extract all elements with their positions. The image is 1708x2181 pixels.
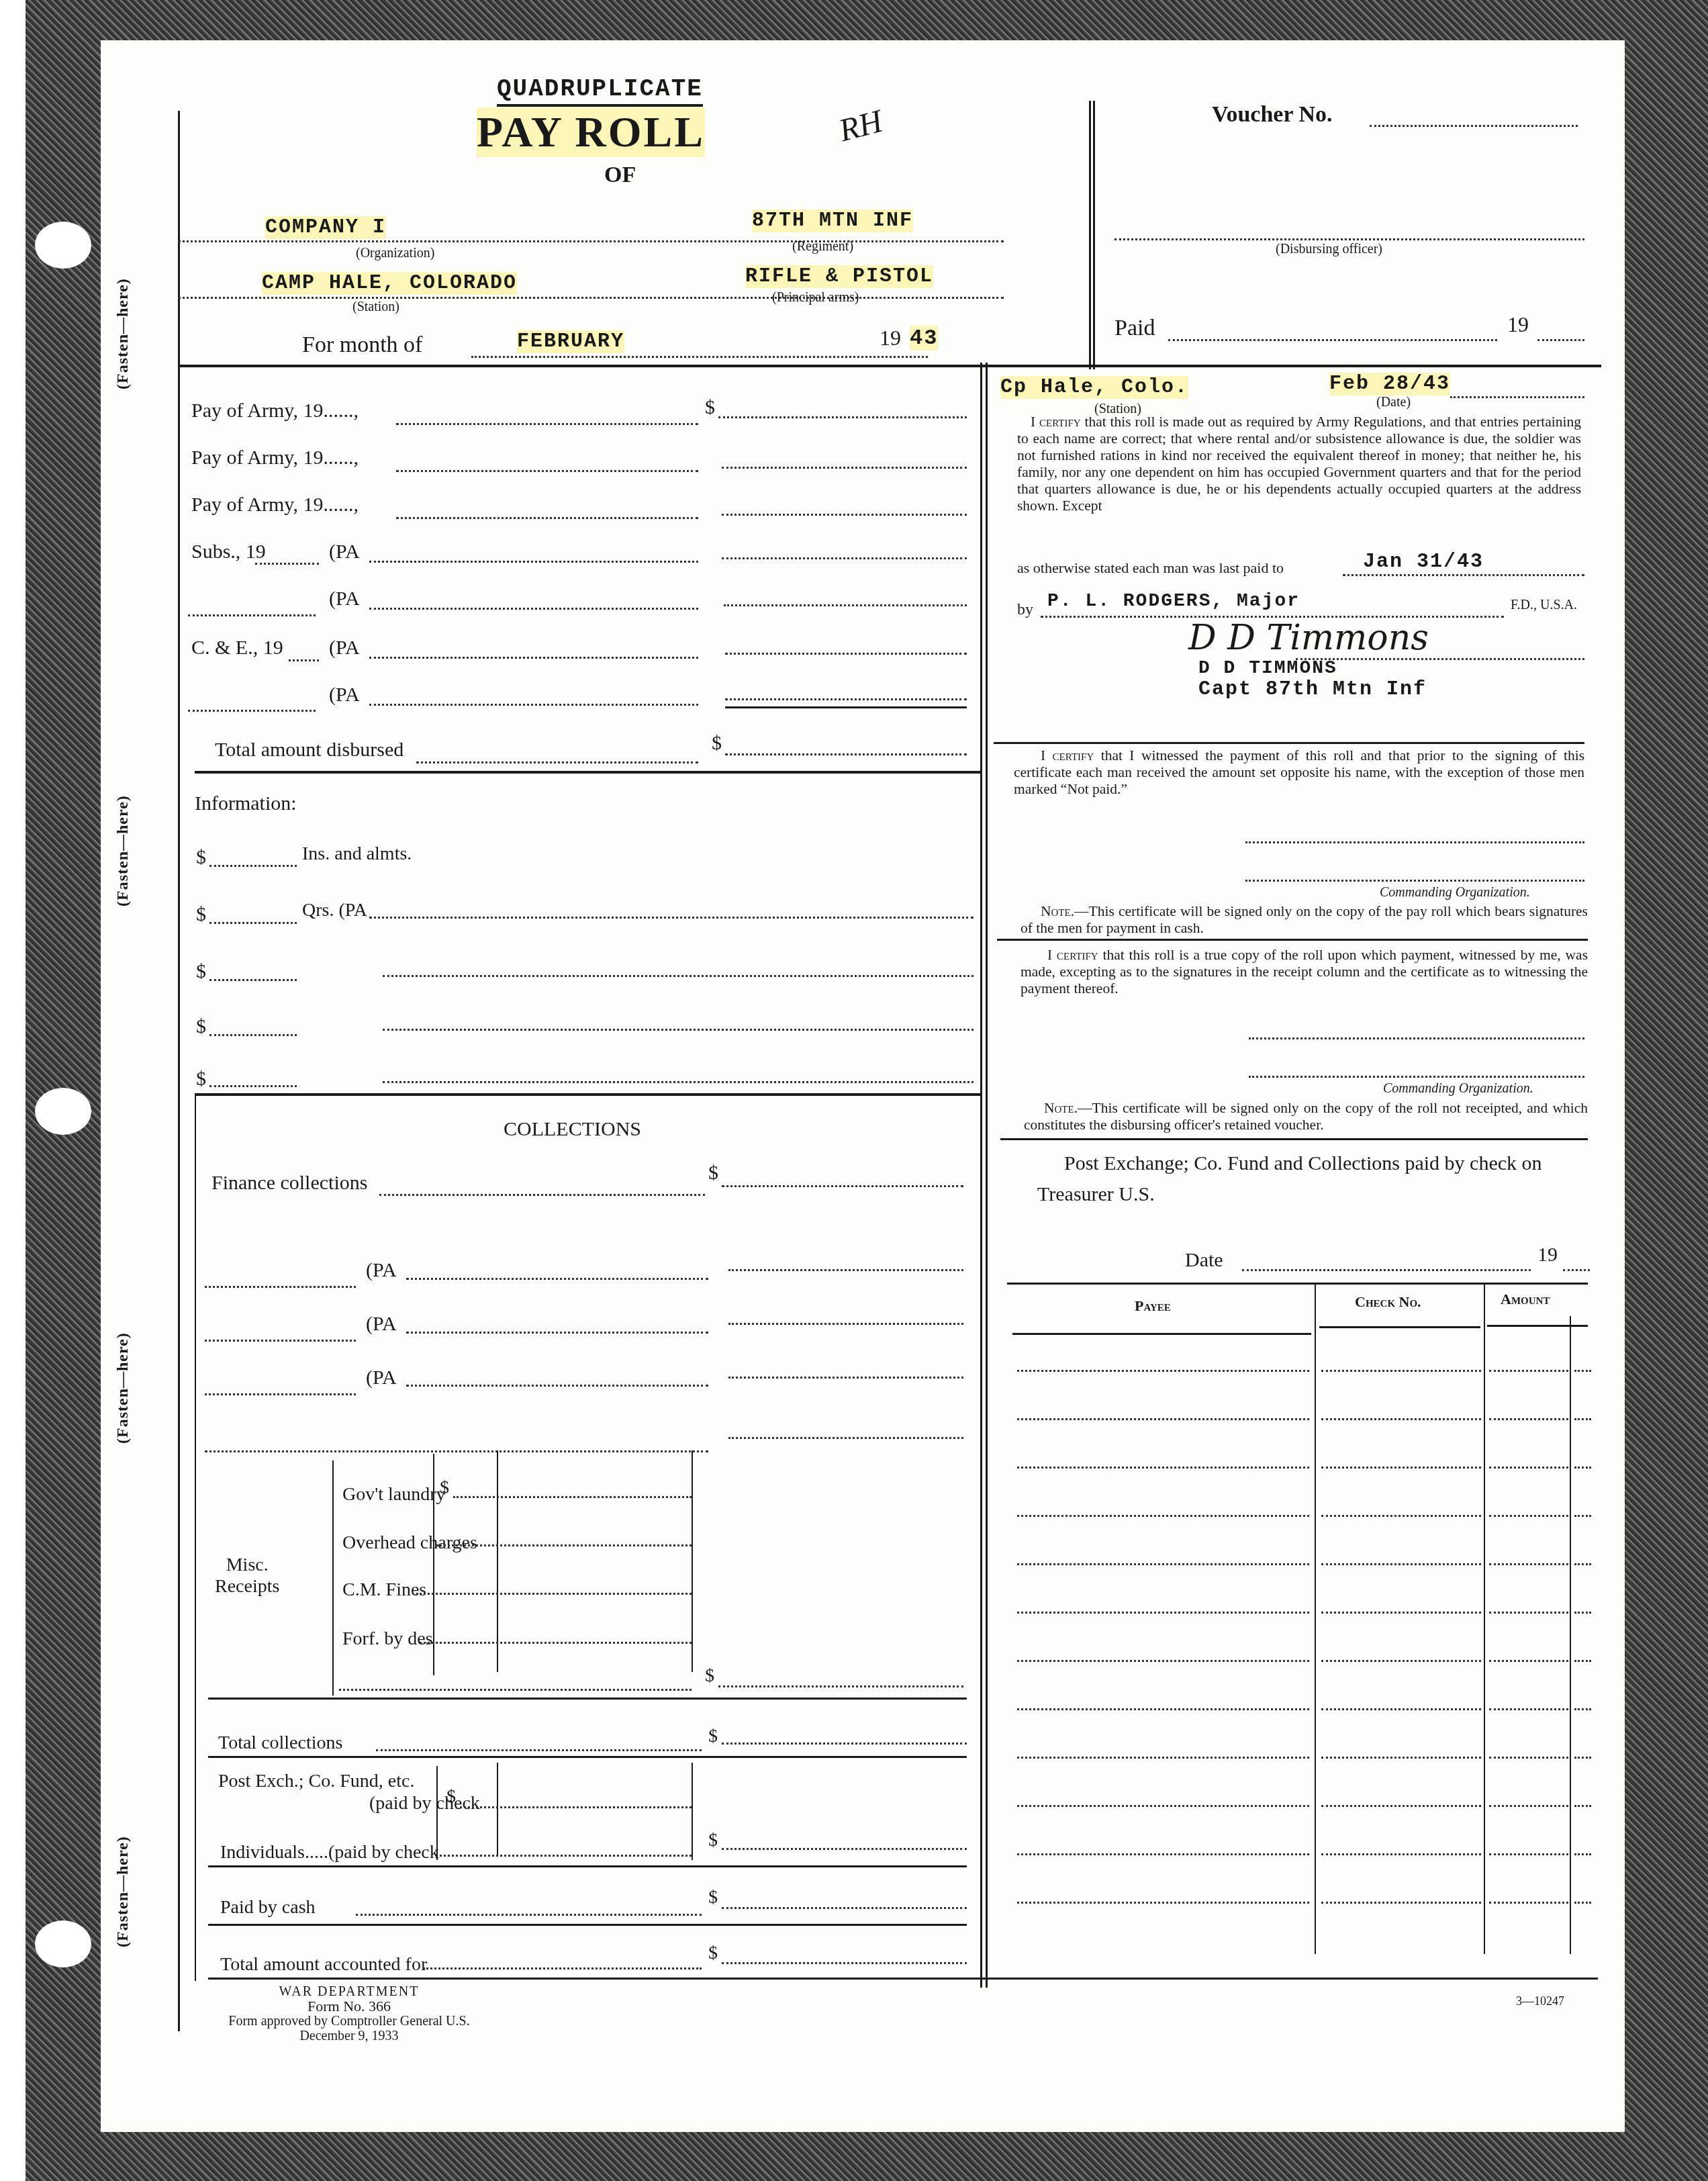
header-underline xyxy=(1012,1333,1311,1335)
amount-dollars-field[interactable] xyxy=(1489,1902,1568,1904)
note-word: Note. xyxy=(1041,903,1074,919)
dollar-sign: $ xyxy=(708,1887,718,1908)
copy-label: QUADRUPLICATE xyxy=(497,75,703,107)
paid-by-cash-field[interactable] xyxy=(722,1907,967,1909)
payee-field[interactable] xyxy=(1017,1805,1309,1807)
dollar-sign: $ xyxy=(196,846,206,869)
regiment-caption: (Regiment) xyxy=(792,239,853,254)
form-footer: WAR DEPARTMENT Form No. 366 Form approve… xyxy=(208,1984,490,2043)
amount-cents-field[interactable] xyxy=(1574,1853,1591,1855)
dollar-sign: $ xyxy=(196,1015,206,1038)
disbursing-officer-caption: (Disbursing officer) xyxy=(1276,242,1382,257)
collection-amount-field[interactable] xyxy=(728,1437,963,1439)
pa-field[interactable] xyxy=(406,1332,708,1334)
collection-amount-field[interactable] xyxy=(728,1323,963,1325)
organization-caption: (Organization) xyxy=(356,246,434,261)
laundry-amount-field[interactable] xyxy=(453,1496,692,1498)
disbursement-label: Pay of Army, 19......, xyxy=(191,400,359,422)
paid-date-field[interactable] xyxy=(1168,339,1497,341)
section-rule xyxy=(1007,1283,1588,1285)
check-number-field[interactable] xyxy=(1321,1853,1481,1855)
collections-border xyxy=(195,1095,196,1981)
certify-word: I certify xyxy=(1031,414,1081,430)
regiment-value[interactable]: 87TH MTN INF xyxy=(752,210,913,232)
signer-name: D D TIMMONS xyxy=(1198,658,1337,679)
amount-dollars-field[interactable] xyxy=(1489,1370,1568,1372)
amount-cents-line xyxy=(1570,1316,1571,1954)
payee-field[interactable] xyxy=(1017,1853,1309,1855)
paid-by-cash-label: Paid by cash xyxy=(220,1897,316,1918)
quarters-pa-field[interactable] xyxy=(369,917,974,919)
month-label: For month of xyxy=(302,332,422,358)
form-title: PAY ROLL xyxy=(477,107,705,157)
year-prefix: 19 xyxy=(880,326,901,351)
cert-date-line xyxy=(1450,396,1584,398)
check-date-label: Date xyxy=(1185,1249,1223,1272)
check-number-field[interactable] xyxy=(1321,1370,1481,1372)
payee-field[interactable] xyxy=(1017,1708,1309,1710)
total-accounted-leader xyxy=(423,1967,702,1969)
check-number-field[interactable] xyxy=(1321,1660,1481,1662)
cert-date-value[interactable]: Feb 28/43 xyxy=(1329,373,1450,396)
payee-header: Payee xyxy=(1135,1297,1171,1315)
dollar-sign: $ xyxy=(196,960,206,983)
left-border xyxy=(178,111,180,2031)
misc-subtotal-field[interactable] xyxy=(339,1689,692,1691)
individuals-label: Individuals.....(paid by check xyxy=(220,1842,439,1863)
witness-paragraph: I certify that I witnessed the payment o… xyxy=(1014,747,1584,798)
organization-line xyxy=(178,240,1004,242)
fd-label: F.D., U.S.A. xyxy=(1511,598,1577,613)
paid-by-check-label: (paid by check xyxy=(369,1793,480,1814)
station-line xyxy=(178,297,1004,299)
amount-dollars-field[interactable] xyxy=(1489,1467,1568,1469)
payee-column-line xyxy=(1315,1283,1316,1954)
amount-dollars-field[interactable] xyxy=(1489,1563,1568,1565)
section-rule xyxy=(195,771,980,774)
note-word: Note. xyxy=(1044,1100,1078,1116)
disbursement-label: Pay of Army, 19......, xyxy=(191,447,359,469)
witness-text: that I witnessed the payment of this rol… xyxy=(1014,747,1584,797)
check-number-field[interactable] xyxy=(1321,1708,1481,1710)
insurance-label: Ins. and almts. xyxy=(302,843,412,865)
month-line xyxy=(471,356,928,358)
finance-collections-amount-field[interactable] xyxy=(722,1185,963,1187)
payee-field[interactable] xyxy=(1017,1515,1309,1517)
header-rule xyxy=(178,365,1601,367)
approval-date: December 9, 1933 xyxy=(208,2029,490,2043)
by-label: by xyxy=(1017,601,1033,619)
collection-amount-field[interactable] xyxy=(728,1377,963,1379)
check-number-field[interactable] xyxy=(1321,1467,1481,1469)
last-paid-value[interactable]: Jan 31/43 xyxy=(1363,551,1484,573)
total-disbursed-label: Total amount disbursed xyxy=(215,739,404,761)
commanding-organization-caption: Commanding Organization. xyxy=(1380,885,1530,900)
total-leader xyxy=(416,761,698,763)
dollar-sign: $ xyxy=(708,1726,718,1747)
commanding-organization-caption: Commanding Organization. xyxy=(1383,1081,1533,1097)
total-collections-leader xyxy=(376,1749,702,1751)
pa-label: (PA xyxy=(329,541,360,563)
dollar-sign: $ xyxy=(712,732,722,755)
amount-cents-field[interactable] xyxy=(1574,1757,1591,1759)
disbursement-description-field[interactable] xyxy=(396,517,698,519)
pa-field[interactable] xyxy=(369,657,698,659)
section-rule xyxy=(994,742,1584,744)
misc-item-overhead: Overhead charges xyxy=(342,1532,477,1554)
forfeiture-amount-field[interactable] xyxy=(420,1642,692,1644)
payee-field[interactable] xyxy=(1017,1757,1309,1759)
check-number-field[interactable] xyxy=(1321,1612,1481,1614)
cm-fines-amount-field[interactable] xyxy=(416,1593,692,1595)
punch-hole xyxy=(35,222,91,269)
overhead-amount-field[interactable] xyxy=(436,1544,692,1546)
amount-dollars-field[interactable] xyxy=(1489,1515,1568,1517)
check-date-field[interactable] xyxy=(1242,1269,1531,1271)
subtotal-rule xyxy=(725,706,967,708)
misc-item-cm-fines: C.M. Fines xyxy=(342,1579,426,1601)
payee-field[interactable] xyxy=(1017,1660,1309,1662)
disbursement-amount-field[interactable] xyxy=(722,467,967,469)
signature: D D Timmons xyxy=(1188,618,1429,658)
pa-label: (PA xyxy=(366,1366,397,1389)
dollar-sign: $ xyxy=(196,903,206,926)
punch-hole xyxy=(35,1088,91,1135)
of-label: OF xyxy=(604,163,636,188)
check-number-field[interactable] xyxy=(1321,1757,1481,1759)
dollar-sign: $ xyxy=(708,1943,718,1964)
amount-dollars-field[interactable] xyxy=(1489,1805,1568,1807)
dollar-sign: $ xyxy=(705,396,715,419)
disbursement-amount-field[interactable] xyxy=(722,557,967,559)
check-number-field[interactable] xyxy=(1321,1563,1481,1565)
print-code: 3—10247 xyxy=(1516,1994,1564,2008)
disbursement-amount-field[interactable] xyxy=(725,653,967,655)
fasten-label: (Fasten—here) xyxy=(114,278,132,389)
voucher-label: Voucher No. xyxy=(1212,102,1332,128)
pa-label: (PA xyxy=(329,588,360,610)
section-rule xyxy=(208,1924,967,1926)
misc-item-forfeiture: Forf. by des xyxy=(342,1628,433,1650)
total-collections-label: Total collections xyxy=(218,1732,342,1754)
true-copy-paragraph: I certify that this roll is a true copy … xyxy=(1021,947,1588,997)
disbursement-label: C. & E., 19 xyxy=(191,637,283,659)
information-amount-field[interactable] xyxy=(209,1085,297,1087)
paid-year-prefix: 19 xyxy=(1507,312,1529,337)
handwritten-initials: RH xyxy=(835,103,886,150)
payee-field[interactable] xyxy=(1017,1418,1309,1420)
amount-dollars-field[interactable] xyxy=(1489,1757,1568,1759)
quarters-label: Qrs. (PA xyxy=(302,900,367,921)
header-divider xyxy=(1093,101,1095,369)
header-underline xyxy=(1319,1326,1480,1328)
bottom-rule xyxy=(208,1978,1598,1980)
amount-cents-field[interactable] xyxy=(1574,1467,1591,1469)
information-amount-field[interactable] xyxy=(209,979,297,981)
fasten-label: (Fasten—here) xyxy=(114,1332,132,1444)
dollar-sign: $ xyxy=(440,1477,449,1499)
amount-cents-field[interactable] xyxy=(1574,1563,1591,1565)
insurance-amount-field[interactable] xyxy=(209,865,297,867)
disbursement-amount-field[interactable] xyxy=(724,604,967,606)
total-disbursed-field[interactable] xyxy=(725,753,967,755)
check-column-line xyxy=(692,1763,693,1860)
check-no-header: Check No. xyxy=(1355,1293,1421,1311)
certify-word: I certify xyxy=(1047,947,1098,963)
post-exch-label: Post Exch.; Co. Fund, etc. xyxy=(218,1771,414,1792)
disbursement-amount-field[interactable] xyxy=(718,416,967,418)
amount-dollars-field[interactable] xyxy=(1489,1853,1568,1855)
fasten-label: (Fasten—here) xyxy=(114,795,132,907)
fasten-label: (Fasten—here) xyxy=(114,1836,132,1947)
misc-column-line xyxy=(497,1450,498,1672)
pa-label: (PA xyxy=(366,1313,397,1336)
amount-cents-field[interactable] xyxy=(1574,1805,1591,1807)
payee-field[interactable] xyxy=(1017,1563,1309,1565)
information-description-field[interactable] xyxy=(383,975,974,977)
pa-field[interactable] xyxy=(406,1278,708,1280)
misc-column-line xyxy=(692,1450,693,1672)
center-divider xyxy=(986,363,988,1988)
organization-value[interactable]: COMPANY I xyxy=(265,216,386,239)
by-value[interactable]: P. L. RODGERS, Major xyxy=(1047,591,1300,612)
pa-label: (PA xyxy=(329,637,360,659)
center-divider xyxy=(980,363,982,1988)
witness-organization-field[interactable] xyxy=(1245,880,1584,882)
subs-year-field[interactable] xyxy=(255,563,319,565)
check-column-line xyxy=(497,1763,498,1857)
section-rule xyxy=(195,1093,980,1096)
check-no-column-line xyxy=(1484,1283,1485,1954)
total-collections-field[interactable] xyxy=(722,1743,967,1745)
header-underline xyxy=(1487,1325,1588,1327)
amount-dollars-field[interactable] xyxy=(1489,1708,1568,1710)
paid-year-field[interactable] xyxy=(1537,339,1584,341)
finance-leader xyxy=(379,1194,705,1196)
amount-dollars-field[interactable] xyxy=(1489,1612,1568,1614)
section-rule xyxy=(208,1756,967,1758)
station-value[interactable]: CAMP HALE, COLORADO xyxy=(262,272,517,295)
collection-name-field[interactable] xyxy=(205,1393,356,1395)
form-number: Form No. 366 xyxy=(208,1999,490,2014)
pa-field[interactable] xyxy=(406,1385,708,1387)
disbursement-amount-field[interactable] xyxy=(722,514,967,516)
misc-bracket xyxy=(332,1460,334,1696)
section-rule xyxy=(208,1865,967,1867)
payee-field[interactable] xyxy=(1017,1370,1309,1372)
collection-extra-field[interactable] xyxy=(205,1450,708,1452)
collection-name-field[interactable] xyxy=(205,1340,356,1342)
information-heading: Information: xyxy=(195,792,297,815)
certify-text: that this roll is made out as required b… xyxy=(1017,414,1581,514)
true-copy-text: that this roll is a true copy of the rol… xyxy=(1021,947,1588,996)
last-paid-line xyxy=(1343,574,1584,576)
payee-field[interactable] xyxy=(1017,1902,1309,1904)
department-label: WAR DEPARTMENT xyxy=(208,1984,490,1999)
dollar-sign: $ xyxy=(196,1068,206,1090)
dollar-sign: $ xyxy=(705,1665,714,1687)
paid-label: Paid xyxy=(1114,316,1155,341)
misc-item-laundry: Gov't laundry xyxy=(342,1484,446,1505)
check-payments-heading: Post Exchange; Co. Fund and Collections … xyxy=(1037,1148,1581,1210)
pa-label: (PA xyxy=(366,1259,397,1282)
true-copy-signature-field[interactable] xyxy=(1249,1037,1584,1039)
amount-cents-field[interactable] xyxy=(1574,1902,1591,1904)
collection-amount-field[interactable] xyxy=(728,1269,963,1271)
disbursement-description-field[interactable] xyxy=(396,470,698,472)
subs-extra-field[interactable] xyxy=(188,614,316,616)
punch-hole xyxy=(35,1920,91,1967)
information-description-field[interactable] xyxy=(383,1029,974,1031)
collection-name-field[interactable] xyxy=(205,1286,356,1288)
disbursement-label: Subs., 19 xyxy=(191,541,266,563)
amount-cents-field[interactable] xyxy=(1574,1370,1591,1372)
principal-arms-value[interactable]: RIFLE & PISTOL xyxy=(745,265,933,288)
year-value[interactable]: 43 xyxy=(910,326,938,351)
cert-station-value[interactable]: Cp Hale, Colo. xyxy=(1000,376,1188,399)
quarters-amount-field[interactable] xyxy=(209,922,297,924)
check-number-field[interactable] xyxy=(1321,1805,1481,1807)
section-rule xyxy=(208,1698,967,1700)
ce-extra-field[interactable] xyxy=(188,710,316,712)
ce-year-field[interactable] xyxy=(289,659,319,661)
pa-field[interactable] xyxy=(369,608,698,610)
misc-receipts-label: Misc. Receipts xyxy=(215,1554,279,1597)
amount-cents-field[interactable] xyxy=(1574,1515,1591,1517)
pa-label: (PA xyxy=(329,684,360,706)
voucher-number-field[interactable] xyxy=(1370,125,1578,127)
dollar-sign: $ xyxy=(446,1786,456,1808)
paid-by-cash-leader xyxy=(356,1914,702,1916)
check-number-field[interactable] xyxy=(1321,1902,1481,1904)
misc-label-line2: Receipts xyxy=(215,1576,279,1597)
section-rule xyxy=(1000,1138,1588,1140)
individuals-check-field[interactable] xyxy=(440,1855,692,1857)
finance-collections-label: Finance collections xyxy=(211,1172,367,1195)
payee-field[interactable] xyxy=(1017,1467,1309,1469)
disbursement-amount-field[interactable] xyxy=(725,698,967,700)
check-year-prefix: 19 xyxy=(1537,1244,1558,1266)
month-value[interactable]: FEBRUARY xyxy=(517,330,624,353)
pa-field[interactable] xyxy=(369,561,698,563)
note-text: —This certificate will be signed only on… xyxy=(1021,903,1588,936)
pay-roll-form: (Fasten—here) (Fasten—here) (Fasten—here… xyxy=(101,40,1625,2132)
station-caption: (Station) xyxy=(352,299,399,315)
section-rule xyxy=(997,939,1588,941)
last-paid-label: as otherwise stated each man was last pa… xyxy=(1017,559,1284,577)
header-divider xyxy=(1089,101,1091,369)
pa-field[interactable] xyxy=(369,704,698,706)
witness-note: Note.—This certificate will be signed on… xyxy=(1021,903,1588,937)
post-exch-amount-field[interactable] xyxy=(460,1806,692,1808)
check-number-field[interactable] xyxy=(1321,1515,1481,1517)
total-accounted-field[interactable] xyxy=(722,1962,967,1964)
payee-field[interactable] xyxy=(1017,1612,1309,1614)
signer-title: Capt 87th Mtn Inf xyxy=(1198,678,1427,701)
note-text: —This certificate will be signed only on… xyxy=(1024,1100,1588,1133)
certify-paragraph: I certify that this roll is made out as … xyxy=(1017,414,1581,514)
dollar-sign: $ xyxy=(708,1830,718,1851)
certify-word: I certify xyxy=(1041,747,1094,763)
amount-header: Amount xyxy=(1501,1291,1550,1308)
amount-dollars-field[interactable] xyxy=(1489,1660,1568,1662)
individuals-amount-field[interactable] xyxy=(722,1848,967,1850)
information-description-field[interactable] xyxy=(383,1081,974,1083)
amount-cents-field[interactable] xyxy=(1574,1660,1591,1662)
dollar-sign: $ xyxy=(708,1162,718,1185)
collections-heading: COLLECTIONS xyxy=(504,1118,641,1141)
true-copy-organization-field[interactable] xyxy=(1249,1076,1584,1078)
true-copy-note: Note.—This certificate will be signed on… xyxy=(1024,1100,1588,1133)
total-accounted-label: Total amount accounted for xyxy=(220,1954,427,1976)
principal-arms-caption: (Principal arms) xyxy=(772,290,859,306)
cert-date-caption: (Date) xyxy=(1376,395,1411,410)
disbursement-label: Pay of Army, 19......, xyxy=(191,494,359,516)
check-number-field[interactable] xyxy=(1321,1418,1481,1420)
amount-cents-field[interactable] xyxy=(1574,1612,1591,1614)
amount-cents-field[interactable] xyxy=(1574,1418,1591,1420)
disbursing-officer-field[interactable] xyxy=(1114,238,1584,240)
check-year-field[interactable] xyxy=(1563,1269,1590,1271)
amount-dollars-field[interactable] xyxy=(1489,1418,1568,1420)
amount-cents-field[interactable] xyxy=(1574,1708,1591,1710)
information-amount-field[interactable] xyxy=(209,1034,297,1036)
signature-line xyxy=(1296,658,1584,660)
witness-signature-field[interactable] xyxy=(1245,841,1584,843)
misc-label-line1: Misc. xyxy=(215,1554,279,1576)
approval-text: Form approved by Comptroller General U.S… xyxy=(208,2014,490,2029)
disbursement-description-field[interactable] xyxy=(396,423,698,425)
misc-total-field[interactable] xyxy=(718,1685,963,1687)
